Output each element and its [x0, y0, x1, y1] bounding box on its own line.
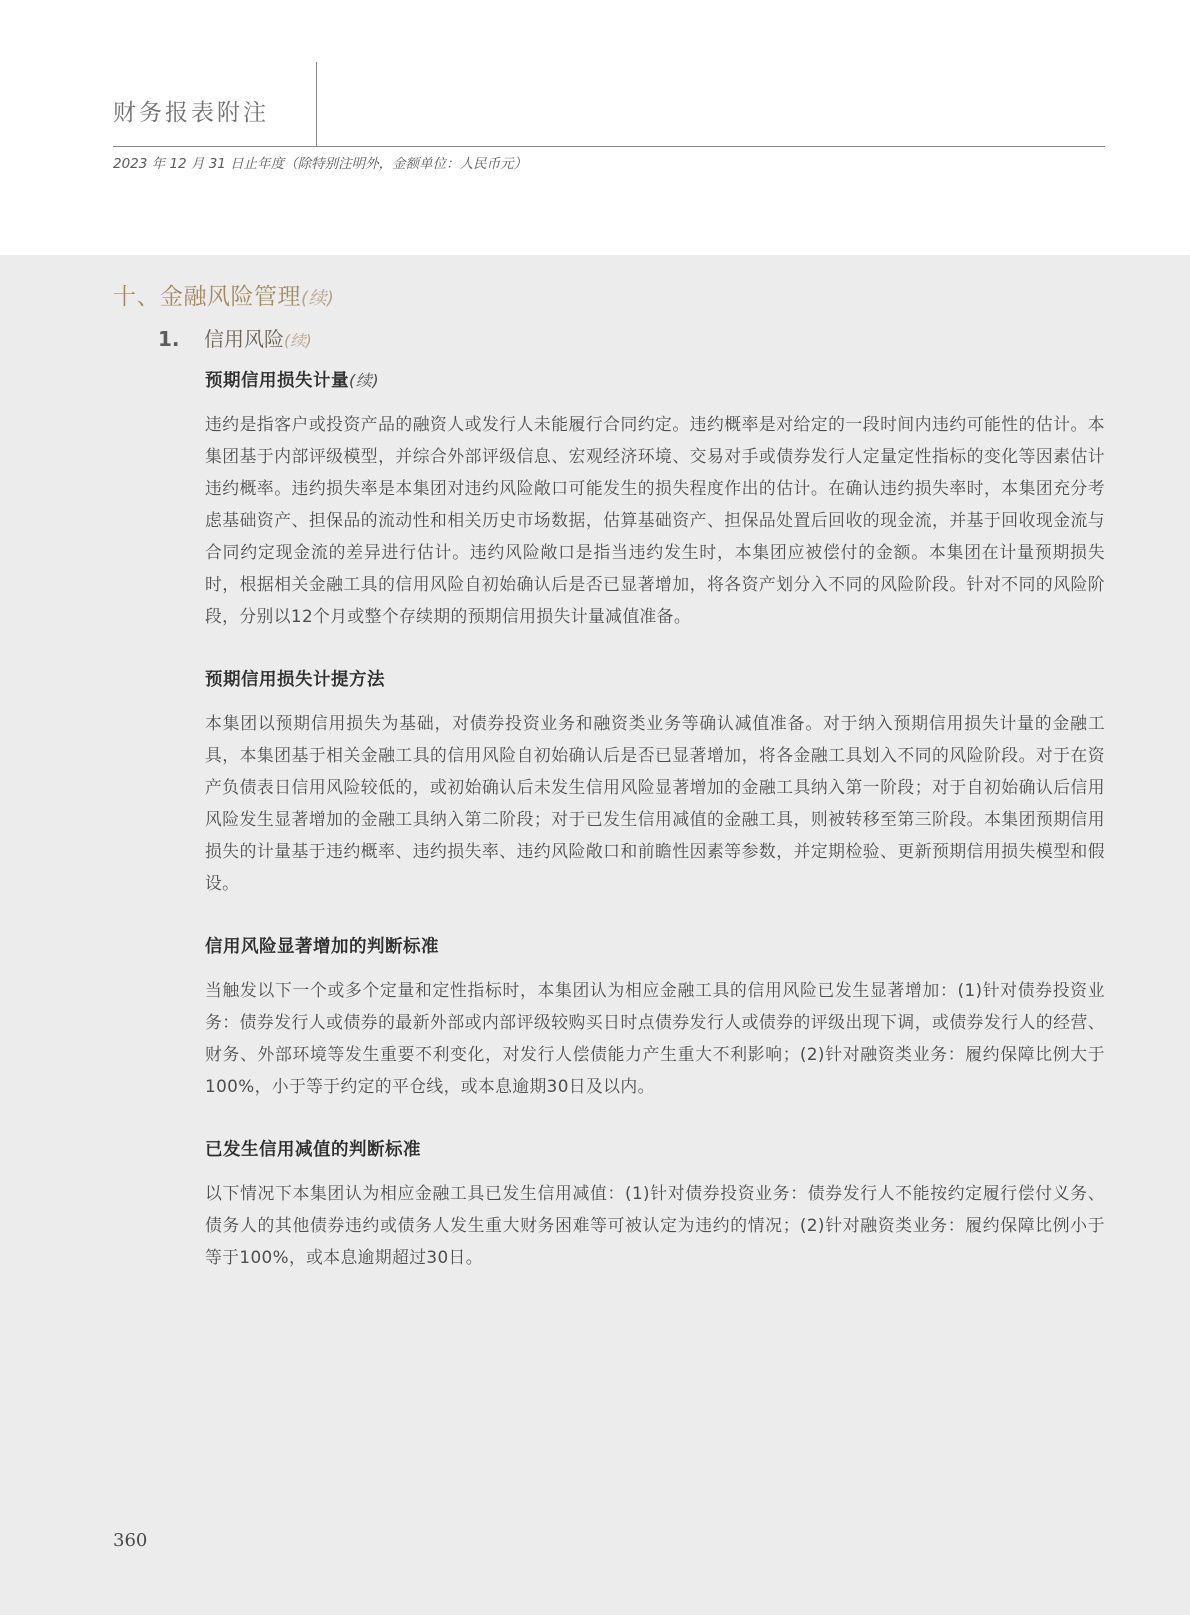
block-paragraph: 以下情况下本集团认为相应金融工具已发生信用减值：(1)针对债券投资业务：债券发行…: [205, 1177, 1105, 1273]
block-heading-text: 信用风险显著增加的判断标准: [205, 937, 439, 957]
block-continued-label: (续): [349, 371, 379, 390]
block-heading-text: 已发生信用减值的判断标准: [205, 1140, 421, 1160]
content-block-ecl-measurement: 预期信用损失计量(续) 违约是指客户或投资产品的融资人或发行人未能履行合同约定。…: [205, 367, 1105, 632]
subsection-title: 1.信用风险(续): [158, 323, 312, 352]
header-title: 财务报表附注: [113, 94, 269, 127]
header-vertical-divider: [316, 62, 317, 146]
block-paragraph: 本集团以预期信用损失为基础，对债券投资业务和融资类业务等确认减值准备。对于纳入预…: [205, 707, 1105, 899]
section-title-text: 十、金融风险管理: [113, 284, 301, 310]
block-heading-text: 预期信用损失计量: [205, 371, 349, 391]
subsection-number: 1.: [158, 327, 204, 351]
subsection-continued-label: (续): [284, 332, 312, 350]
block-heading: 预期信用损失计提方法: [205, 666, 1105, 691]
content-block-credit-impaired-criteria: 已发生信用减值的判断标准 以下情况下本集团认为相应金融工具已发生信用减值：(1)…: [205, 1136, 1105, 1273]
block-paragraph: 当触发以下一个或多个定量和定性指标时，本集团认为相应金融工具的信用风险已发生显著…: [205, 974, 1105, 1102]
subsection-title-text: 信用风险: [204, 327, 284, 351]
block-heading: 已发生信用减值的判断标准: [205, 1136, 1105, 1161]
content-block-sicr-criteria: 信用风险显著增加的判断标准 当触发以下一个或多个定量和定性指标时，本集团认为相应…: [205, 933, 1105, 1102]
section-continued-label: (续): [301, 288, 334, 309]
section-title: 十、金融风险管理(续): [113, 278, 334, 311]
block-paragraph: 违约是指客户或投资产品的融资人或发行人未能履行合同约定。违约概率是对给定的一段时…: [205, 408, 1105, 632]
content-block-ecl-provision-method: 预期信用损失计提方法 本集团以预期信用损失为基础，对债券投资业务和融资类业务等确…: [205, 666, 1105, 899]
page-number: 360: [113, 1530, 147, 1551]
header-subtitle: 2023 年 12 月 31 日止年度（除特别注明外，金额单位：人民币元）: [113, 152, 527, 172]
block-heading: 信用风险显著增加的判断标准: [205, 933, 1105, 958]
main-content: 预期信用损失计量(续) 违约是指客户或投资产品的融资人或发行人未能履行合同约定。…: [205, 367, 1105, 1307]
header-horizontal-divider: [113, 146, 1105, 147]
block-heading: 预期信用损失计量(续): [205, 367, 1105, 392]
block-heading-text: 预期信用损失计提方法: [205, 670, 385, 690]
page-header: 财务报表附注 2023 年 12 月 31 日止年度（除特别注明外，金额单位：人…: [0, 0, 1190, 255]
